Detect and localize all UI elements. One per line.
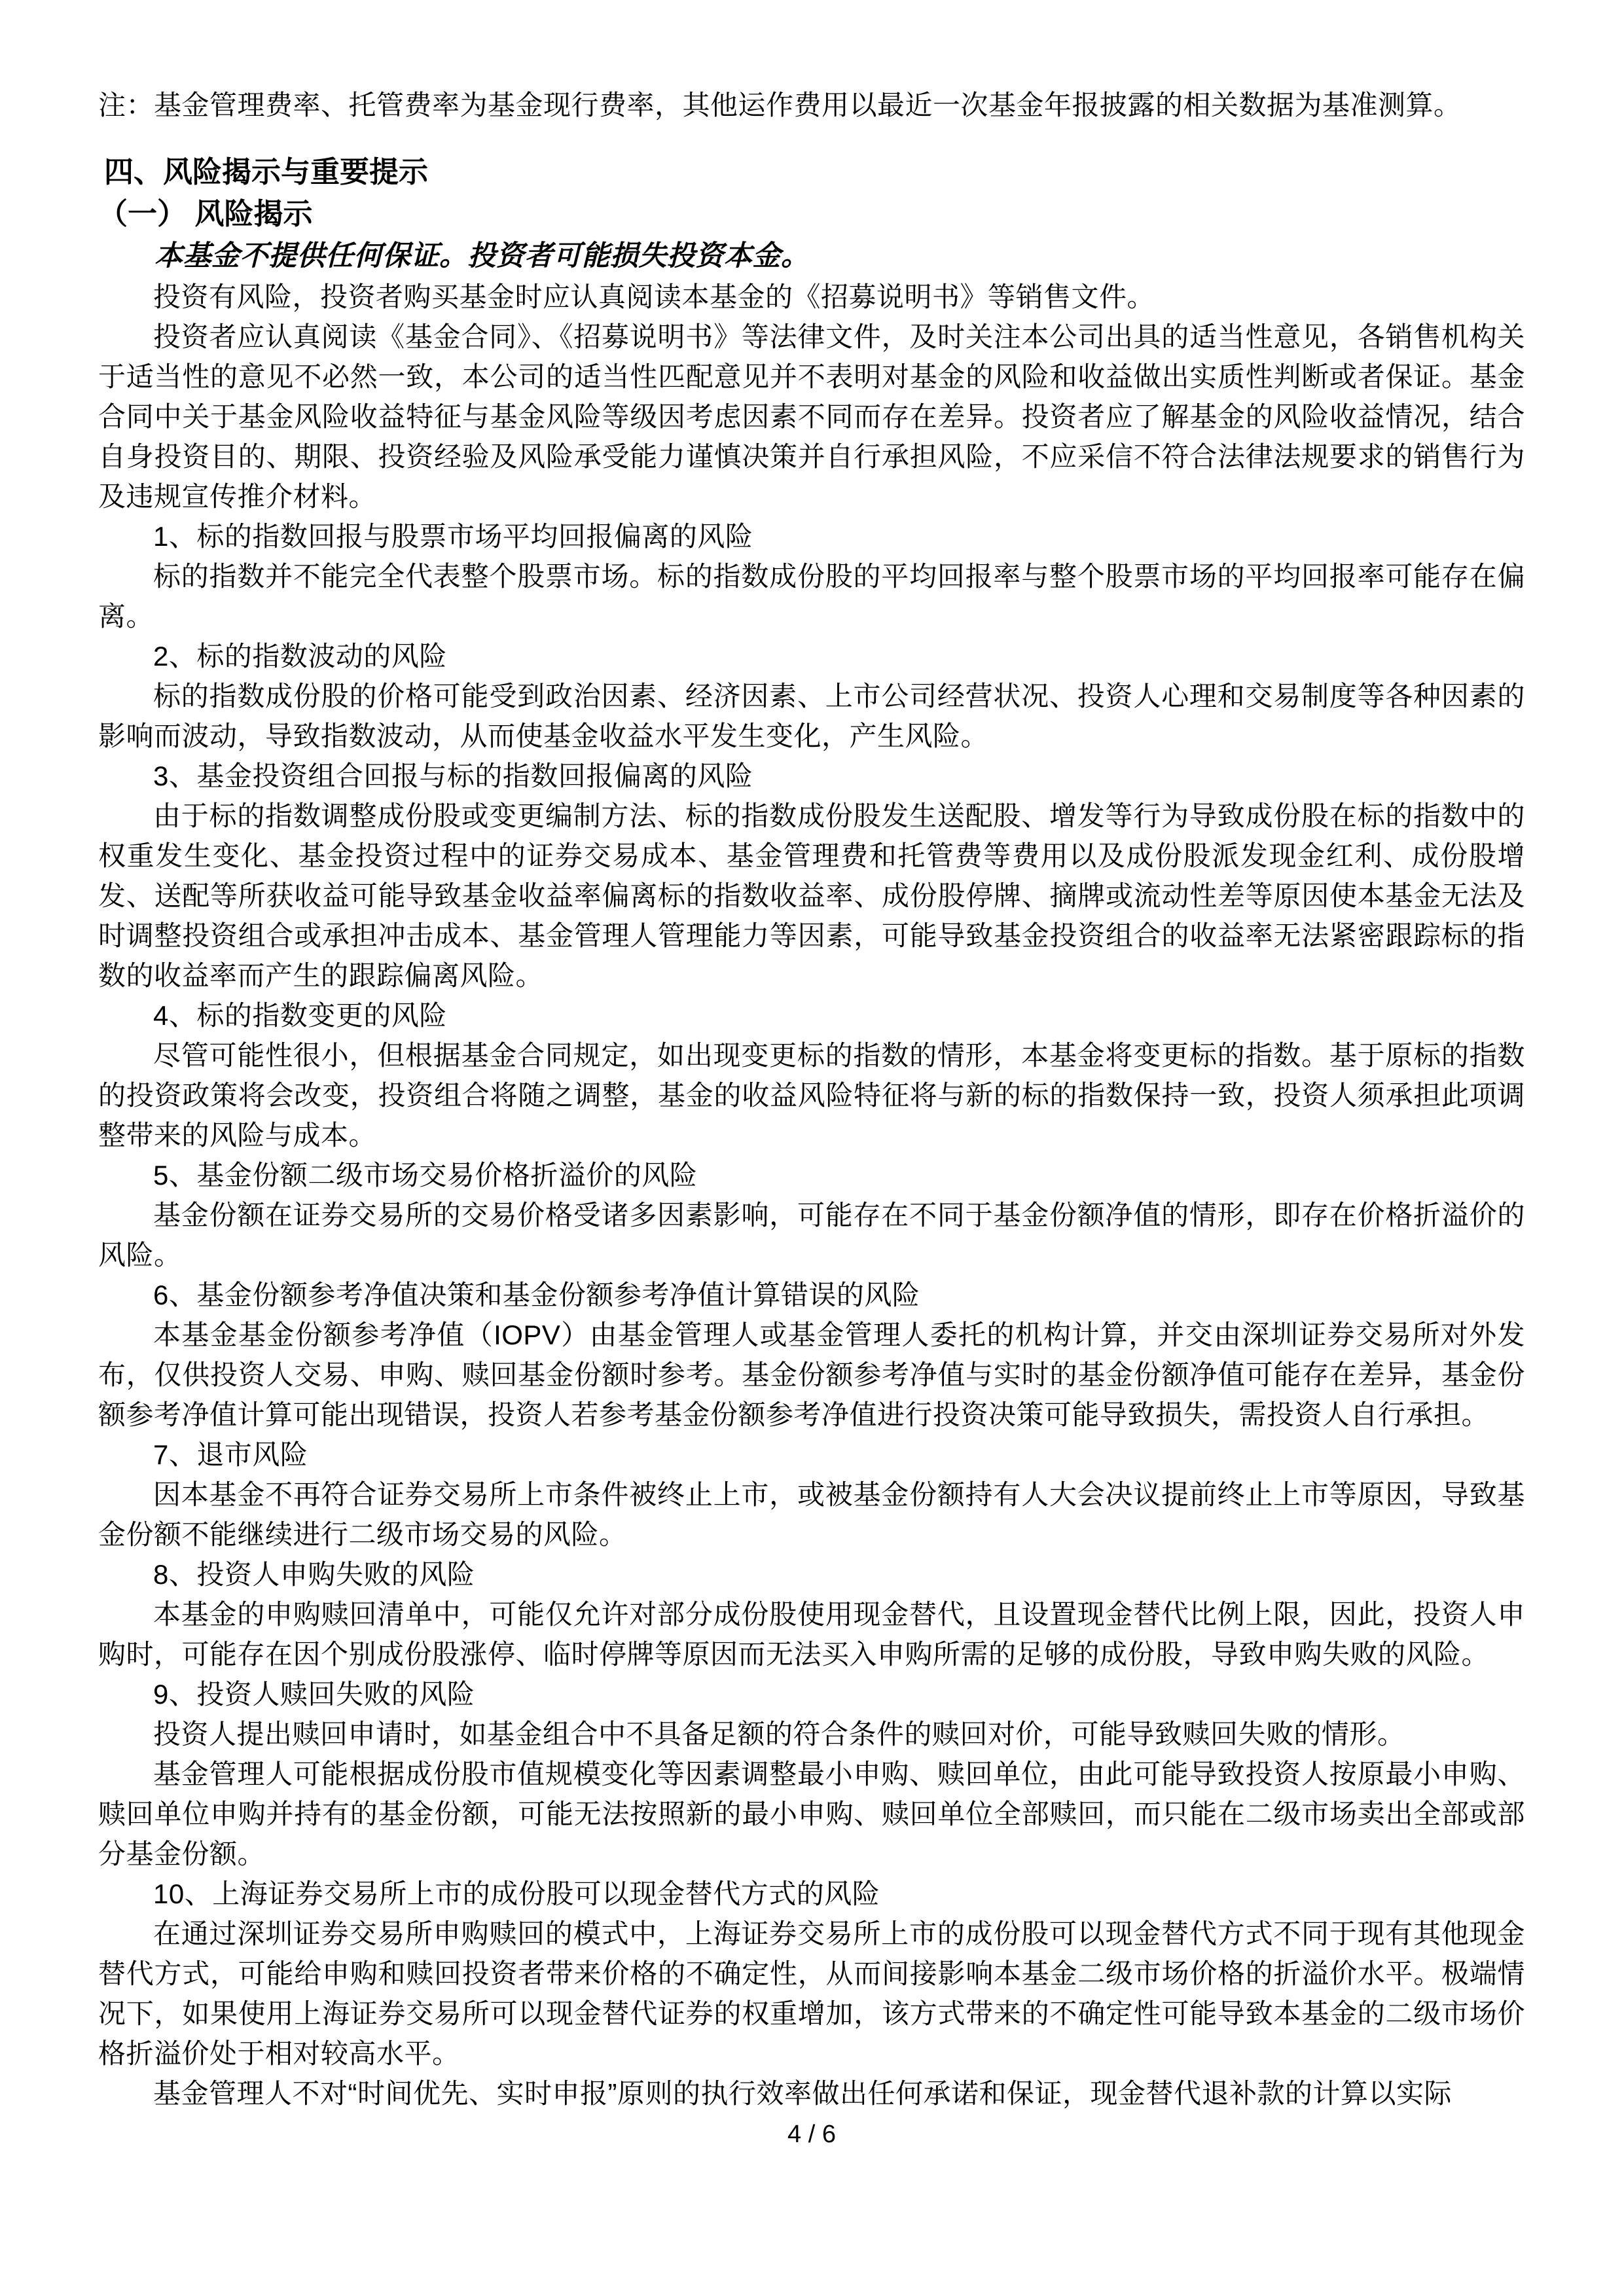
paragraph: 基金管理人不对“时间优先、实时申报”原则的执行效率做出任何承诺和保证，现金替代退…	[98, 2073, 1525, 2113]
paragraph: 标的指数并不能完全代表整个股票市场。标的指数成份股的平均回报率与整个股票市场的平…	[98, 556, 1525, 636]
paragraph: 本基金基金份额参考净值（IOPV）由基金管理人或基金管理人委托的机构计算，并交由…	[98, 1315, 1525, 1435]
paragraph: 在通过深圳证券交易所申购赎回的模式中，上海证券交易所上市的成份股可以现金替代方式…	[98, 1914, 1525, 2073]
fee-note: 注：基金管理费率、托管费率为基金现行费率，其他运作费用以最近一次基金年报披露的相…	[98, 85, 1525, 125]
paragraph: 基金管理人可能根据成份股市值规模变化等因素调整最小申购、赎回单位，由此可能导致投…	[98, 1754, 1525, 1874]
risk-item-heading: 5、基金份额二级市场交易价格折溢价的风险	[98, 1155, 1525, 1195]
risk-item-heading: 7、退市风险	[98, 1435, 1525, 1475]
risk-item-heading: 2、标的指数波动的风险	[98, 636, 1525, 676]
risk-item-heading: 10、上海证券交易所上市的成份股可以现金替代方式的风险	[98, 1874, 1525, 1914]
risk-disclaimer: 本基金不提供任何保证。投资者可能损失投资本金。	[98, 235, 1525, 277]
paragraph: 基金份额在证券交易所的交易价格受诸多因素影响，可能存在不同于基金份额净值的情形，…	[98, 1195, 1525, 1275]
paragraph: 尽管可能性很小，但根据基金合同规定，如出现变更标的指数的情形，本基金将变更标的指…	[98, 1035, 1525, 1155]
paragraph: 本基金的申购赎回清单中，可能仅允许对部分成份股使用现金替代，且设置现金替代比例上…	[98, 1594, 1525, 1674]
subsection-title: （一） 风险揭示	[98, 193, 1525, 235]
paragraph: 由于标的指数调整成份股或变更编制方法、标的指数成份股发生送配股、增发等行为导致成…	[98, 796, 1525, 996]
page-number: 4 / 6	[98, 2115, 1525, 2154]
risk-item-heading: 1、标的指数回报与股票市场平均回报偏离的风险	[98, 516, 1525, 556]
document-page: 注：基金管理费率、托管费率为基金现行费率，其他运作费用以最近一次基金年报披露的相…	[0, 0, 1624, 2296]
paragraph: 标的指数成份股的价格可能受到政治因素、经济因素、上市公司经营状况、投资人心理和交…	[98, 676, 1525, 756]
risk-item-heading: 4、标的指数变更的风险	[98, 996, 1525, 1035]
risk-item-heading: 3、基金投资组合回报与标的指数回报偏离的风险	[98, 756, 1525, 796]
paragraph: 因本基金不再符合证券交易所上市条件被终止上市，或被基金份额持有人大会决议提前终止…	[98, 1475, 1525, 1554]
risk-item-heading: 9、投资人赎回失败的风险	[98, 1674, 1525, 1714]
risk-item-heading: 8、投资人申购失败的风险	[98, 1554, 1525, 1594]
paragraph: 投资者应认真阅读《基金合同》、《招募说明书》等法律文件，及时关注本公司出具的适当…	[98, 317, 1525, 516]
paragraph: 投资人提出赎回申请时，如基金组合中不具备足额的符合条件的赎回对价，可能导致赎回失…	[98, 1714, 1525, 1754]
risk-item-heading: 6、基金份额参考净值决策和基金份额参考净值计算错误的风险	[98, 1275, 1525, 1315]
section-title: 四、风险揭示与重要提示	[98, 151, 1525, 193]
paragraph: 投资有风险，投资者购买基金时应认真阅读本基金的《招募说明书》等销售文件。	[98, 277, 1525, 317]
